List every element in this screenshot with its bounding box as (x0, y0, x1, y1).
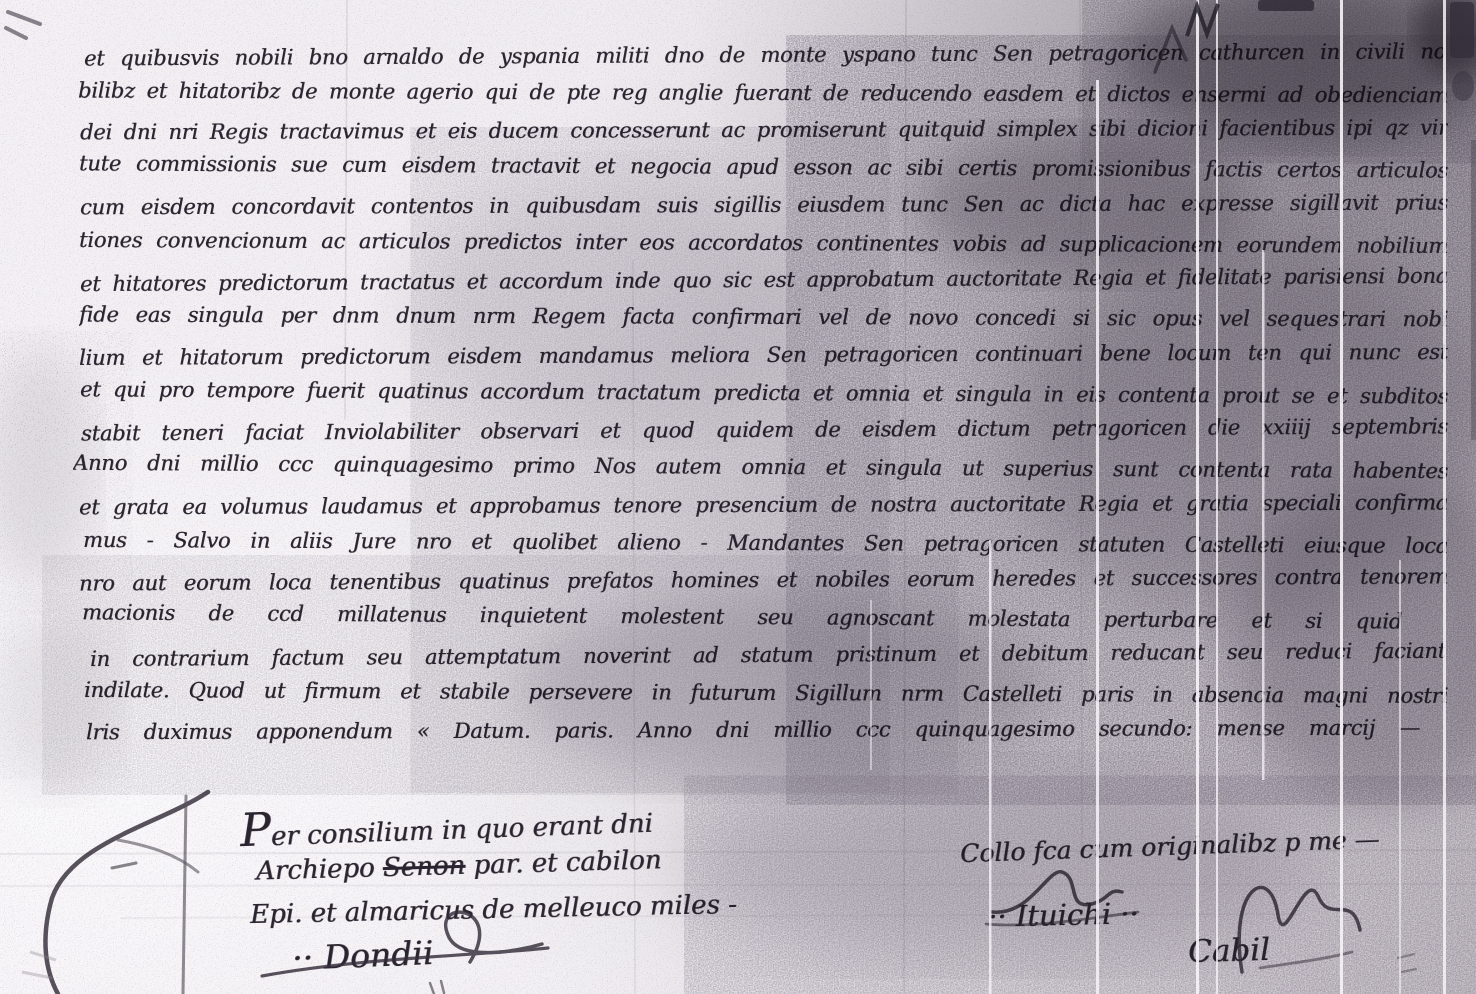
manuscript-line: lris duximus apponendum « Datum. paris. … (86, 715, 1420, 750)
endorsement-line-prelates: Archiepo Senon par. et cabilon (256, 845, 662, 886)
signature-dondii: ·· Dondii (291, 933, 434, 978)
manuscript-line: et qui pro tempore fuerit quatinus accor… (80, 376, 1448, 413)
manuscript-line: nro aut eorum loca tenentibus quatinus p… (79, 563, 1448, 600)
manuscript-line: macionis de ccd millatenus inquietent mo… (82, 599, 1402, 638)
manuscript-line: et grata ea volumus laudamus et approbam… (79, 490, 1448, 525)
manuscript-line: fide eas singula per dnm dnum nrm Regem … (79, 302, 1448, 337)
endorsement-line-knight: Epi. et almaricus de melleuco miles - (250, 890, 737, 930)
signature-cabil: Cabil (1188, 932, 1271, 970)
endorsement-bishops: par. et cabilon (465, 845, 662, 880)
manuscript-line: mus - Salvo in aliis Jure nro et quolibe… (83, 527, 1448, 563)
endorsement-line-council: Per consilium in quo erant dni (239, 799, 653, 853)
manuscript-line: et quibusvis nobili bno arnaldo de yspan… (84, 38, 1446, 75)
manuscript-line: stabit teneri faciat Inviolabiliter obse… (81, 413, 1448, 450)
attestation-collation-line: Collo fca cum originalibz p me — (960, 825, 1380, 869)
manuscript-page: et quibusvis nobili bno arnaldo de yspan… (0, 0, 1476, 994)
endorsement-archbishop: Archiepo (256, 853, 384, 887)
manuscript-line: tute commissionis sue cum eisdem tractav… (79, 150, 1448, 187)
charter-text-block: et quibusvis nobili bno arnaldo de yspan… (0, 0, 1476, 994)
manuscript-line: Anno dni millio ccc quinquagesimo primo … (73, 450, 1448, 488)
manuscript-line: et hitatores predictorum tractatus et ac… (80, 263, 1448, 301)
manuscript-line: bilibz et hitatoribz de monte agerio qui… (78, 78, 1448, 113)
manuscript-line: tiones convencionum ac articulos predict… (79, 227, 1448, 263)
signature-ituichi: ·· Ituichi ·· (988, 896, 1139, 933)
endorsement-struck-word: Senon (382, 851, 465, 883)
manuscript-line: lium et hitatorum predictorum eisdem man… (79, 339, 1448, 375)
manuscript-line: indilate. Quod ut firmum et stabile pers… (84, 677, 1448, 713)
manuscript-line: cum eisdem concordavit contentos in quib… (80, 190, 1448, 225)
manuscript-line: dei dni nri Regis tractavimus et eis duc… (80, 115, 1448, 150)
manuscript-line: in contrarium factum seu attemptatum nov… (90, 638, 1446, 676)
